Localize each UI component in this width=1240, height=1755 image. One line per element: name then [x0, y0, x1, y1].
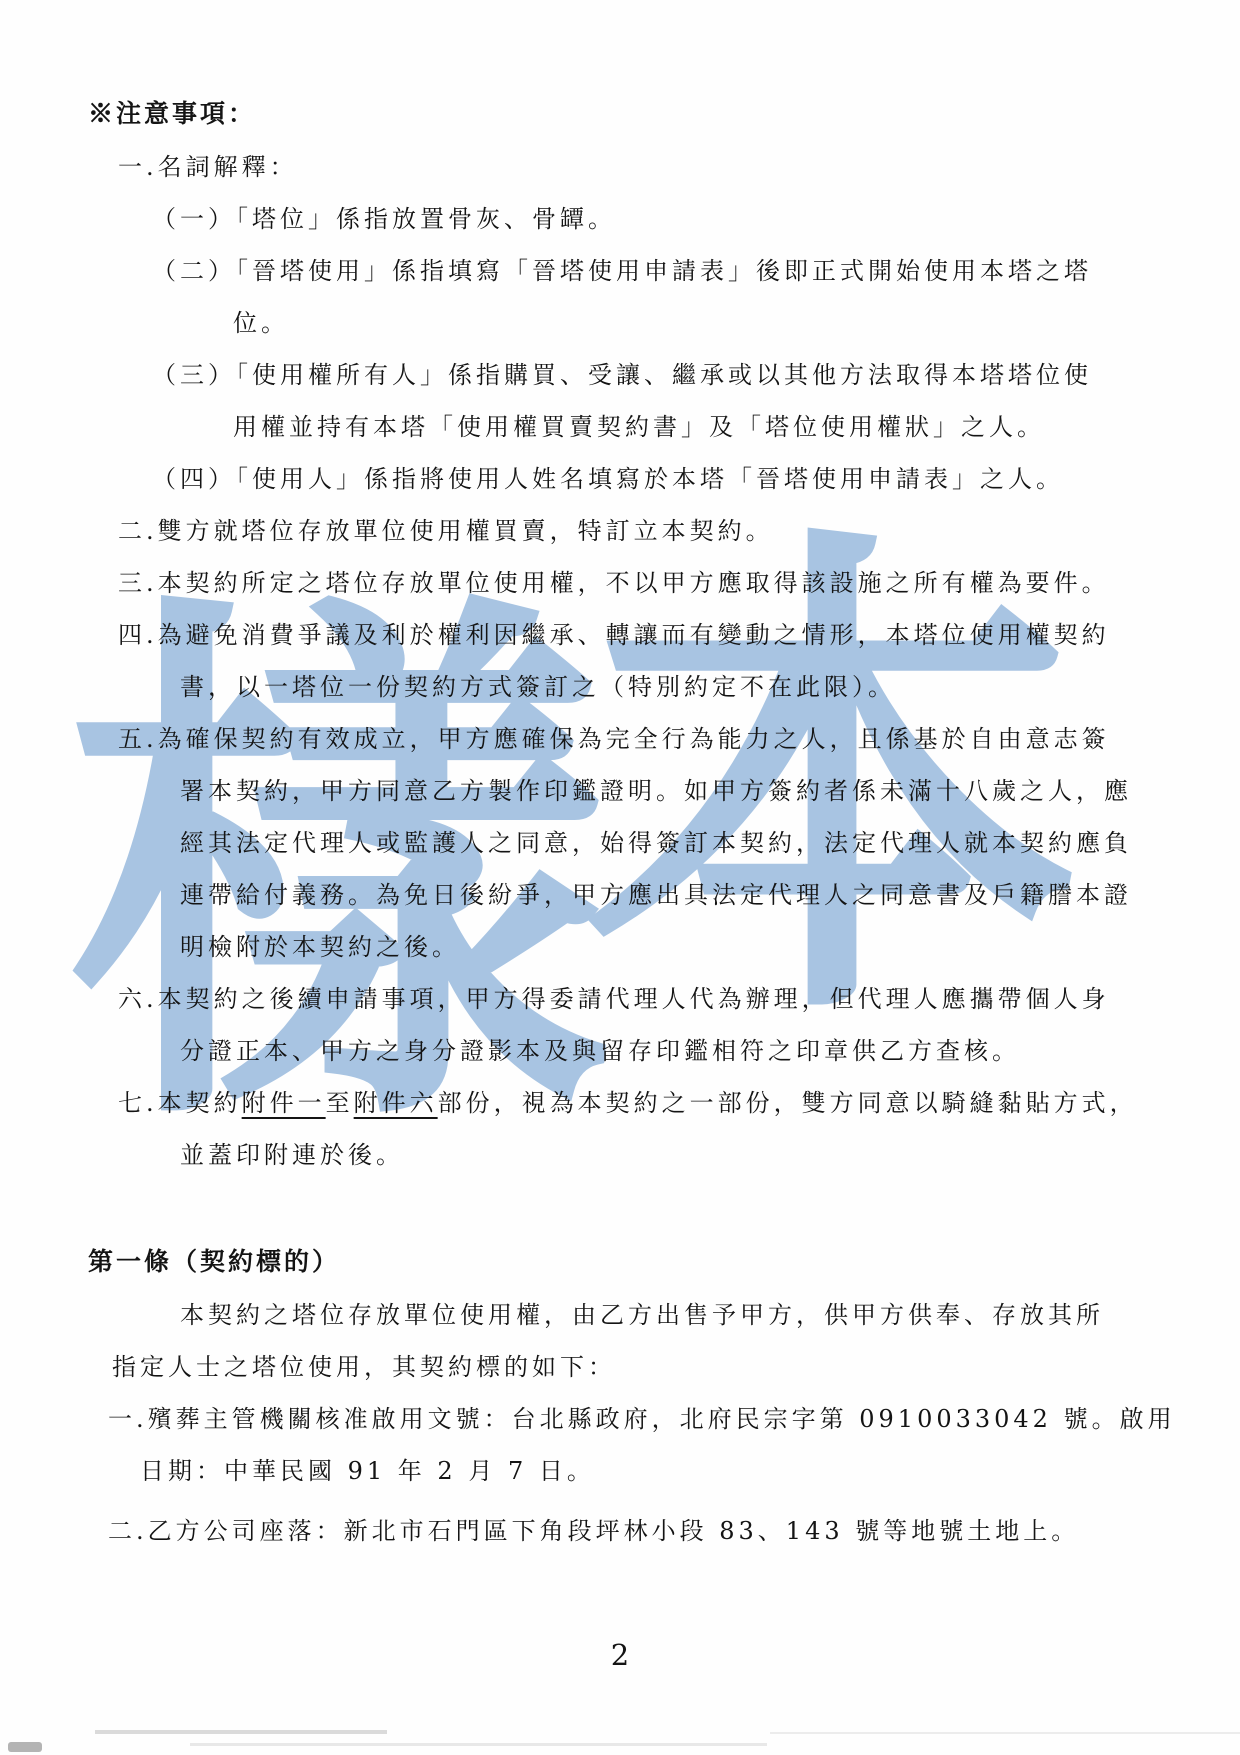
contract-document-page: 樣 本 ※注意事項： 一.名詞解釋： （一）「塔位」係指放置骨灰、骨罈。 （二）… — [0, 0, 1240, 1755]
scan-streak-3 — [770, 1732, 1240, 1734]
notes-item-6-line-1: 六.本契約之後續申請事項，甲方得委請代理人代為辦理，但代理人應攜帶個人身 — [0, 970, 1240, 1022]
notes-item-5-line-5: 明檢附於本契約之後。 — [0, 918, 1240, 970]
notes-item-3: 三.本契約所定之塔位存放單位使用權，不以甲方應取得該設施之所有權為要件。 — [0, 554, 1240, 606]
definition-3-line-1: （三）「使用權所有人」係指購買、受讓、繼承或以其他方法取得本塔塔位使 — [0, 346, 1240, 398]
notes-item-5-line-3: 經其法定代理人或監護人之同意，始得簽訂本契約，法定代理人就本契約應負 — [0, 814, 1240, 866]
notes-item-2: 二.雙方就塔位存放單位使用權買賣，特訂立本契約。 — [0, 502, 1240, 554]
notes-item-4-line-1: 四.為避免消費爭議及利於權利因繼承、轉讓而有變動之情形，本塔位使用權契約 — [0, 606, 1240, 658]
attachment-6-underlined: 附件六 — [354, 1083, 438, 1118]
article-1-intro-line-2: 指定人士之塔位使用，其契約標的如下： — [0, 1338, 1240, 1390]
notes-item-7-text-mid: 至 — [326, 1083, 354, 1118]
definition-4: （四）「使用人」係指將使用人姓名填寫於本塔「晉塔使用申請表」之人。 — [0, 450, 1240, 502]
notes-item-4-line-2: 書，以一塔位一份契約方式簽訂之（特別約定不在此限）。 — [0, 658, 1240, 710]
notes-item-7-text-pre: 七.本契約 — [118, 1083, 242, 1118]
notes-heading: ※注意事項： — [0, 86, 1240, 138]
article-1-item-1-line-2: 日期：中華民國 91 年 2 月 7 日。 — [0, 1442, 1240, 1494]
notes-item-7-text-post: 部份，視為本契約之一部份，雙方同意以騎縫黏貼方式， — [438, 1083, 1138, 1118]
notes-item-6-line-2: 分證正本、甲方之身分證影本及與留存印鑑相符之印章供乙方查核。 — [0, 1022, 1240, 1074]
definition-1: （一）「塔位」係指放置骨灰、骨罈。 — [0, 190, 1240, 242]
scan-blob — [8, 1742, 42, 1752]
notes-item-5-line-4: 連帶給付義務。為免日後紛爭，甲方應出具法定代理人之同意書及戶籍謄本證 — [0, 866, 1240, 918]
article-1-item-2: 二.乙方公司座落：新北市石門區下角段坪林小段 83、143 號等地號土地上。 — [0, 1502, 1240, 1554]
article-1-intro-line-1: 本契約之塔位存放單位使用權，由乙方出售予甲方，供甲方供奉、存放其所 — [0, 1286, 1240, 1338]
scan-streak-1 — [95, 1730, 387, 1734]
definition-2-line-2: 位。 — [0, 294, 1240, 346]
notes-item-1-heading: 一.名詞解釋： — [0, 138, 1240, 190]
attachment-1-underlined: 附件一 — [242, 1083, 326, 1118]
document-body: ※注意事項： 一.名詞解釋： （一）「塔位」係指放置骨灰、骨罈。 （二）「晉塔使… — [0, 0, 1240, 1554]
notes-item-7-line-2: 並蓋印附連於後。 — [0, 1126, 1240, 1178]
notes-item-5-line-2: 署本契約，甲方同意乙方製作印鑑證明。如甲方簽約者係未滿十八歲之人，應 — [0, 762, 1240, 814]
notes-item-5-line-1: 五.為確保契約有效成立，甲方應確保為完全行為能力之人，且係基於自由意志簽 — [0, 710, 1240, 762]
notes-item-7-line-1: 七.本契約附件一至附件六部份，視為本契約之一部份，雙方同意以騎縫黏貼方式， — [0, 1074, 1240, 1126]
definition-3-line-2: 用權並持有本塔「使用權買賣契約書」及「塔位使用權狀」之人。 — [0, 398, 1240, 450]
page-number: 2 — [0, 1638, 1240, 1672]
article-1-item-1-line-1: 一.殯葬主管機關核准啟用文號：台北縣政府，北府民宗字第 0910033042 號… — [0, 1390, 1240, 1442]
scan-streak-2 — [190, 1743, 767, 1746]
article-1-heading: 第一條（契約標的） — [0, 1234, 1240, 1286]
definition-2-line-1: （二）「晉塔使用」係指填寫「晉塔使用申請表」後即正式開始使用本塔之塔 — [0, 242, 1240, 294]
